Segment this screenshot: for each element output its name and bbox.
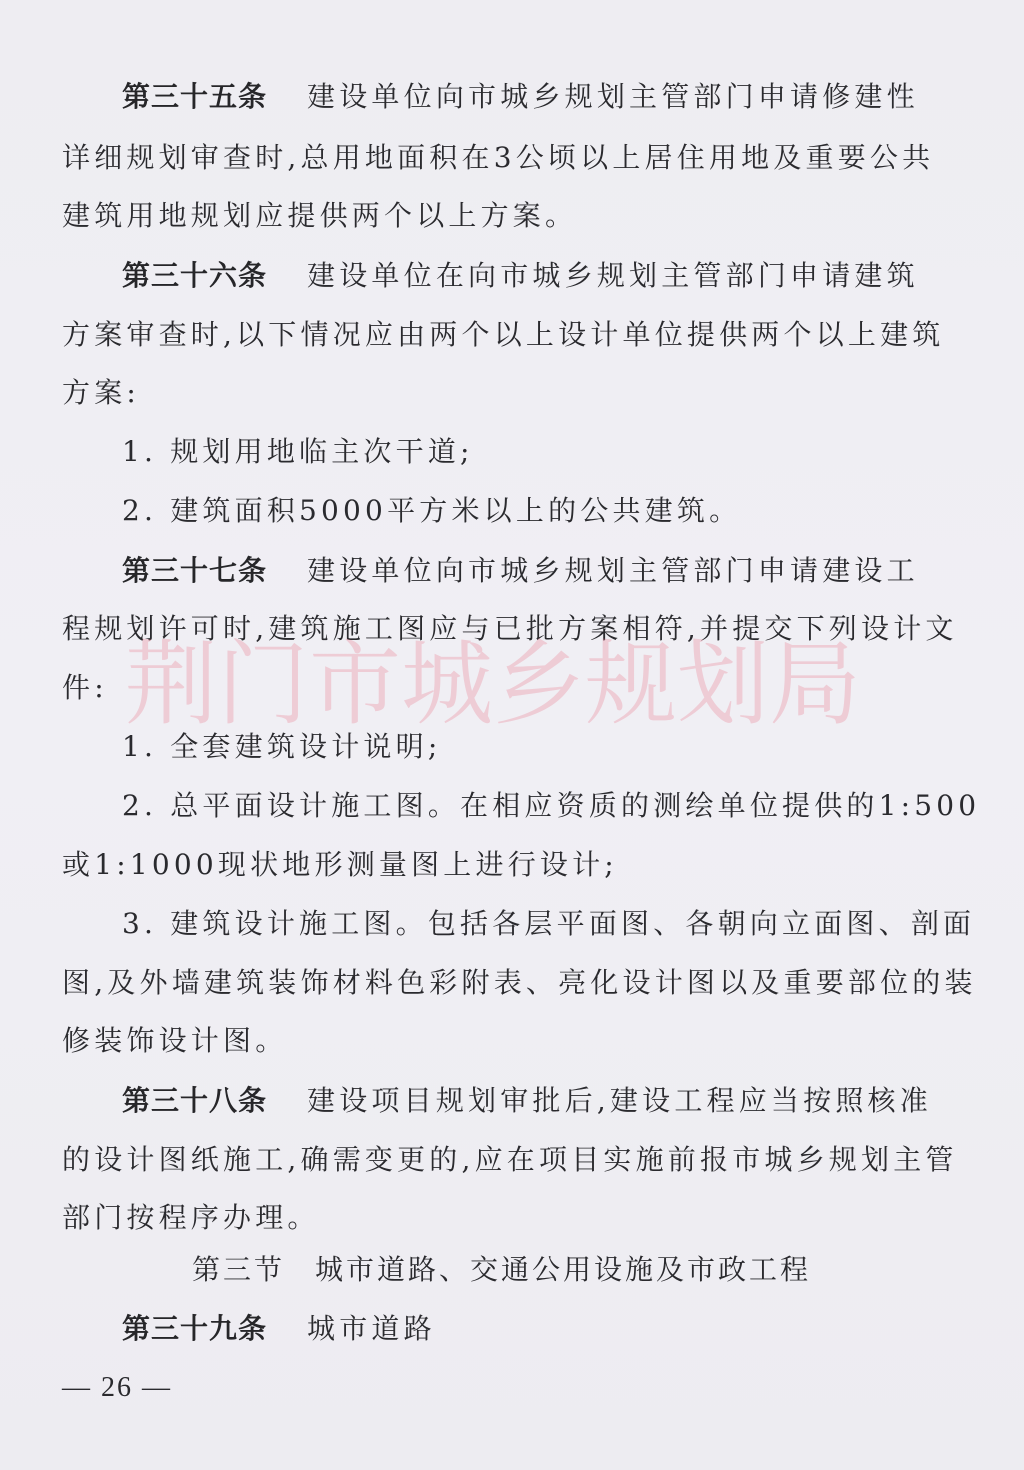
article-36-line-2: 方案审查时,以下情况应由两个以上设计单位提供两个以上建筑 [62, 315, 942, 355]
article-38-line-3: 部门按程序办理。 [62, 1198, 942, 1238]
article-35-line-2: 详细规划审查时,总用地面积在3公顷以上居住用地及重要公共 [62, 138, 942, 178]
article-37-line-3: 件: [62, 668, 942, 708]
article-37-item-3-line-1: 3. 建筑设计施工图。包括各层平面图、各朝向立面图、剖面 [122, 904, 942, 944]
article-37-item-2-line-1: 2. 总平面设计施工图。在相应资质的测绘单位提供的1:500 [122, 786, 942, 826]
article-37-text: 建设单位向市城乡规划主管部门申请建设工 [307, 554, 919, 587]
article-39-label: 第三十九条 [122, 1312, 267, 1345]
article-36-item-2: 2. 建筑面积5000平方米以上的公共建筑。 [122, 491, 942, 531]
article-38-line-1: 第三十八条建设项目规划审批后,建设工程应当按照核准 [122, 1081, 942, 1121]
article-36-label: 第三十六条 [122, 259, 267, 292]
article-39-text: 城市道路 [307, 1312, 436, 1345]
article-36-line-3: 方案: [62, 373, 942, 413]
article-37-item-1: 1. 全套建筑设计说明; [122, 727, 942, 767]
article-37-item-2-line-2: 或1:1000现状地形测量图上进行设计; [62, 845, 942, 885]
article-36-item-1: 1. 规划用地临主次干道; [122, 432, 942, 472]
article-37-label: 第三十七条 [122, 554, 267, 587]
document-page: 第三十五条建设单位向市城乡规划主管部门申请修建性 详细规划审查时,总用地面积在3… [0, 0, 1024, 1470]
article-37-line-2: 程规划许可时,建筑施工图应与已批方案相符,并提交下列设计文 [62, 609, 942, 649]
article-37-item-3-line-2: 图,及外墙建筑装饰材料色彩附表、亮化设计图以及重要部位的装 [62, 963, 942, 1003]
section-label: 第三节 [192, 1253, 285, 1286]
article-39-line-1: 第三十九条城市道路 [122, 1309, 942, 1349]
article-38-line-2: 的设计图纸施工,确需变更的,应在项目实施前报市城乡规划主管 [62, 1140, 942, 1180]
article-35-line-1: 第三十五条建设单位向市城乡规划主管部门申请修建性 [122, 77, 942, 117]
article-37-line-1: 第三十七条建设单位向市城乡规划主管部门申请建设工 [122, 551, 942, 591]
article-37-item-3-line-3: 修装饰设计图。 [62, 1021, 942, 1061]
article-36-line-1: 第三十六条建设单位在向市城乡规划主管部门申请建筑 [122, 256, 942, 296]
article-38-text: 建设项目规划审批后,建设工程应当按照核准 [307, 1084, 932, 1117]
article-35-text: 建设单位向市城乡规划主管部门申请修建性 [307, 80, 919, 113]
article-38-label: 第三十八条 [122, 1084, 267, 1117]
page-number: — 26 — [62, 1368, 172, 1408]
article-35-line-3: 建筑用地规划应提供两个以上方案。 [62, 196, 942, 236]
article-36-text: 建设单位在向市城乡规划主管部门申请建筑 [307, 259, 919, 292]
section-heading: 第三节城市道路、交通公用设施及市政工程 [192, 1250, 811, 1290]
section-title: 城市道路、交通公用设施及市政工程 [315, 1253, 811, 1286]
article-35-label: 第三十五条 [122, 80, 267, 113]
